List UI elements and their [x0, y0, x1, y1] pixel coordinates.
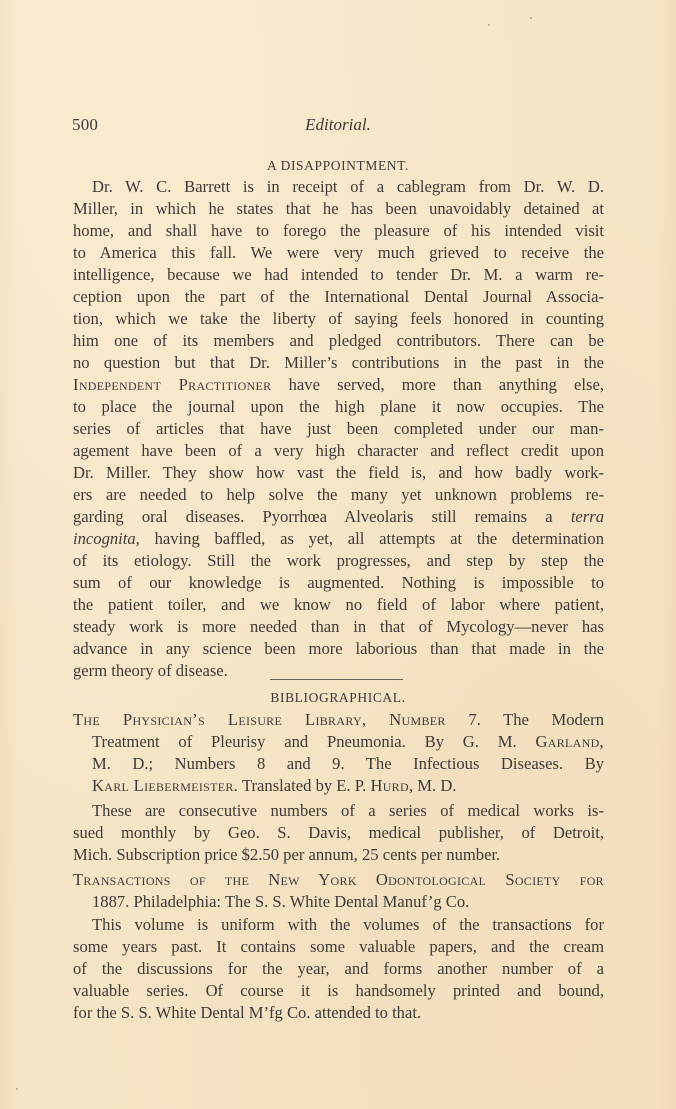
paper-speck: [530, 17, 532, 19]
text-line: Miller, in which he states that he has b…: [73, 198, 604, 220]
text-line: ception upon the part of the Internation…: [73, 286, 604, 308]
paper-speck: [488, 24, 490, 26]
text-line: Mich. Subscription price $2.50 per annum…: [73, 844, 604, 866]
italic-text: terra: [571, 507, 604, 526]
text-line: tion, which we take the liberty of sayin…: [73, 308, 604, 330]
text-line: to place the journal upon the high plane…: [73, 396, 604, 418]
document-page: 500 Editorial. A DISAPPOINTMENT. Dr. W. …: [0, 0, 676, 1109]
text-line: steady work is more needed than in that …: [73, 616, 604, 638]
review-paragraph-1: These are consecutive numbers of a serie…: [73, 800, 604, 866]
text-line: to America this fall. We were very much …: [73, 242, 604, 264]
text-line: agement have been of a very high charact…: [73, 440, 604, 462]
section-title-bibliographical: BIBLIOGRAPHICAL.: [72, 690, 604, 706]
text-line: no question but that Dr. Miller’s contri…: [73, 352, 604, 374]
text-line: garding oral diseases. Pyorrhœa Alveolar…: [73, 506, 604, 528]
text-line: some years past. It contains some valuab…: [73, 936, 604, 958]
text-line: him one of its members and pledged contr…: [73, 330, 604, 352]
text-line: Dr. Miller. They show how vast the field…: [73, 462, 604, 484]
bibliography-entry-2: Transactions of the New York Odontologic…: [73, 869, 604, 913]
review-paragraph-2: This volume is uniform with the volumes …: [73, 914, 604, 1024]
text-line: advance in any science been more laborio…: [73, 638, 604, 660]
text-line: M. D.; Numbers 8 and 9. The Infectious D…: [73, 753, 604, 775]
text-line: intelligence, because we had intended to…: [73, 264, 604, 286]
text-line: This volume is uniform with the volumes …: [73, 914, 604, 936]
text-line: incognita, having baffled, as yet, all a…: [73, 528, 604, 550]
section-title-disappointment: A DISAPPOINTMENT.: [72, 158, 604, 174]
journal-title-smallcaps: Independent Practitioner: [73, 375, 271, 394]
text-line: 1887. Philadelphia: The S. S. White Dent…: [73, 891, 604, 913]
italic-text: incognita,: [73, 529, 140, 548]
running-head: 500 Editorial.: [72, 115, 604, 137]
running-title: Editorial.: [72, 115, 604, 135]
text-line: The Physician’s Leisure Library, Number …: [73, 709, 604, 731]
text-line: series of articles that have just been c…: [73, 418, 604, 440]
paper-speck: [16, 1088, 18, 1090]
text-line: home, and shall have to forego the pleas…: [73, 220, 604, 242]
bibliography-entry-1: The Physician’s Leisure Library, Number …: [73, 709, 604, 797]
text-line: sum of our knowledge is augmented. Nothi…: [73, 572, 604, 594]
text-line: sued monthly by Geo. S. Davis, medical p…: [73, 822, 604, 844]
text-line: Transactions of the New York Odontologic…: [73, 869, 604, 891]
text-line: of its etiology. Still the work progress…: [73, 550, 604, 572]
text-line: valuable series. Of course it is handsom…: [73, 980, 604, 1002]
paragraph-disappointment: Dr. W. C. Barrett is in receipt of a cab…: [73, 176, 604, 682]
text-line: Treatment of Pleurisy and Pneumonia. By …: [73, 731, 604, 753]
text-line: Dr. W. C. Barrett is in receipt of a cab…: [73, 176, 604, 198]
text-line: the patient toiler, and we know no field…: [73, 594, 604, 616]
text-line: for the S. S. White Dental M’fg Co. atte…: [73, 1002, 604, 1024]
text-line: Independent Practitioner have served, mo…: [73, 374, 604, 396]
text-line: These are consecutive numbers of a serie…: [73, 800, 604, 822]
text-line: ers are needed to help solve the many ye…: [73, 484, 604, 506]
text-line: of the discussions for the year, and for…: [73, 958, 604, 980]
section-divider: [270, 679, 403, 680]
text-line: Karl Liebermeister. Translated by E. P. …: [73, 775, 604, 797]
